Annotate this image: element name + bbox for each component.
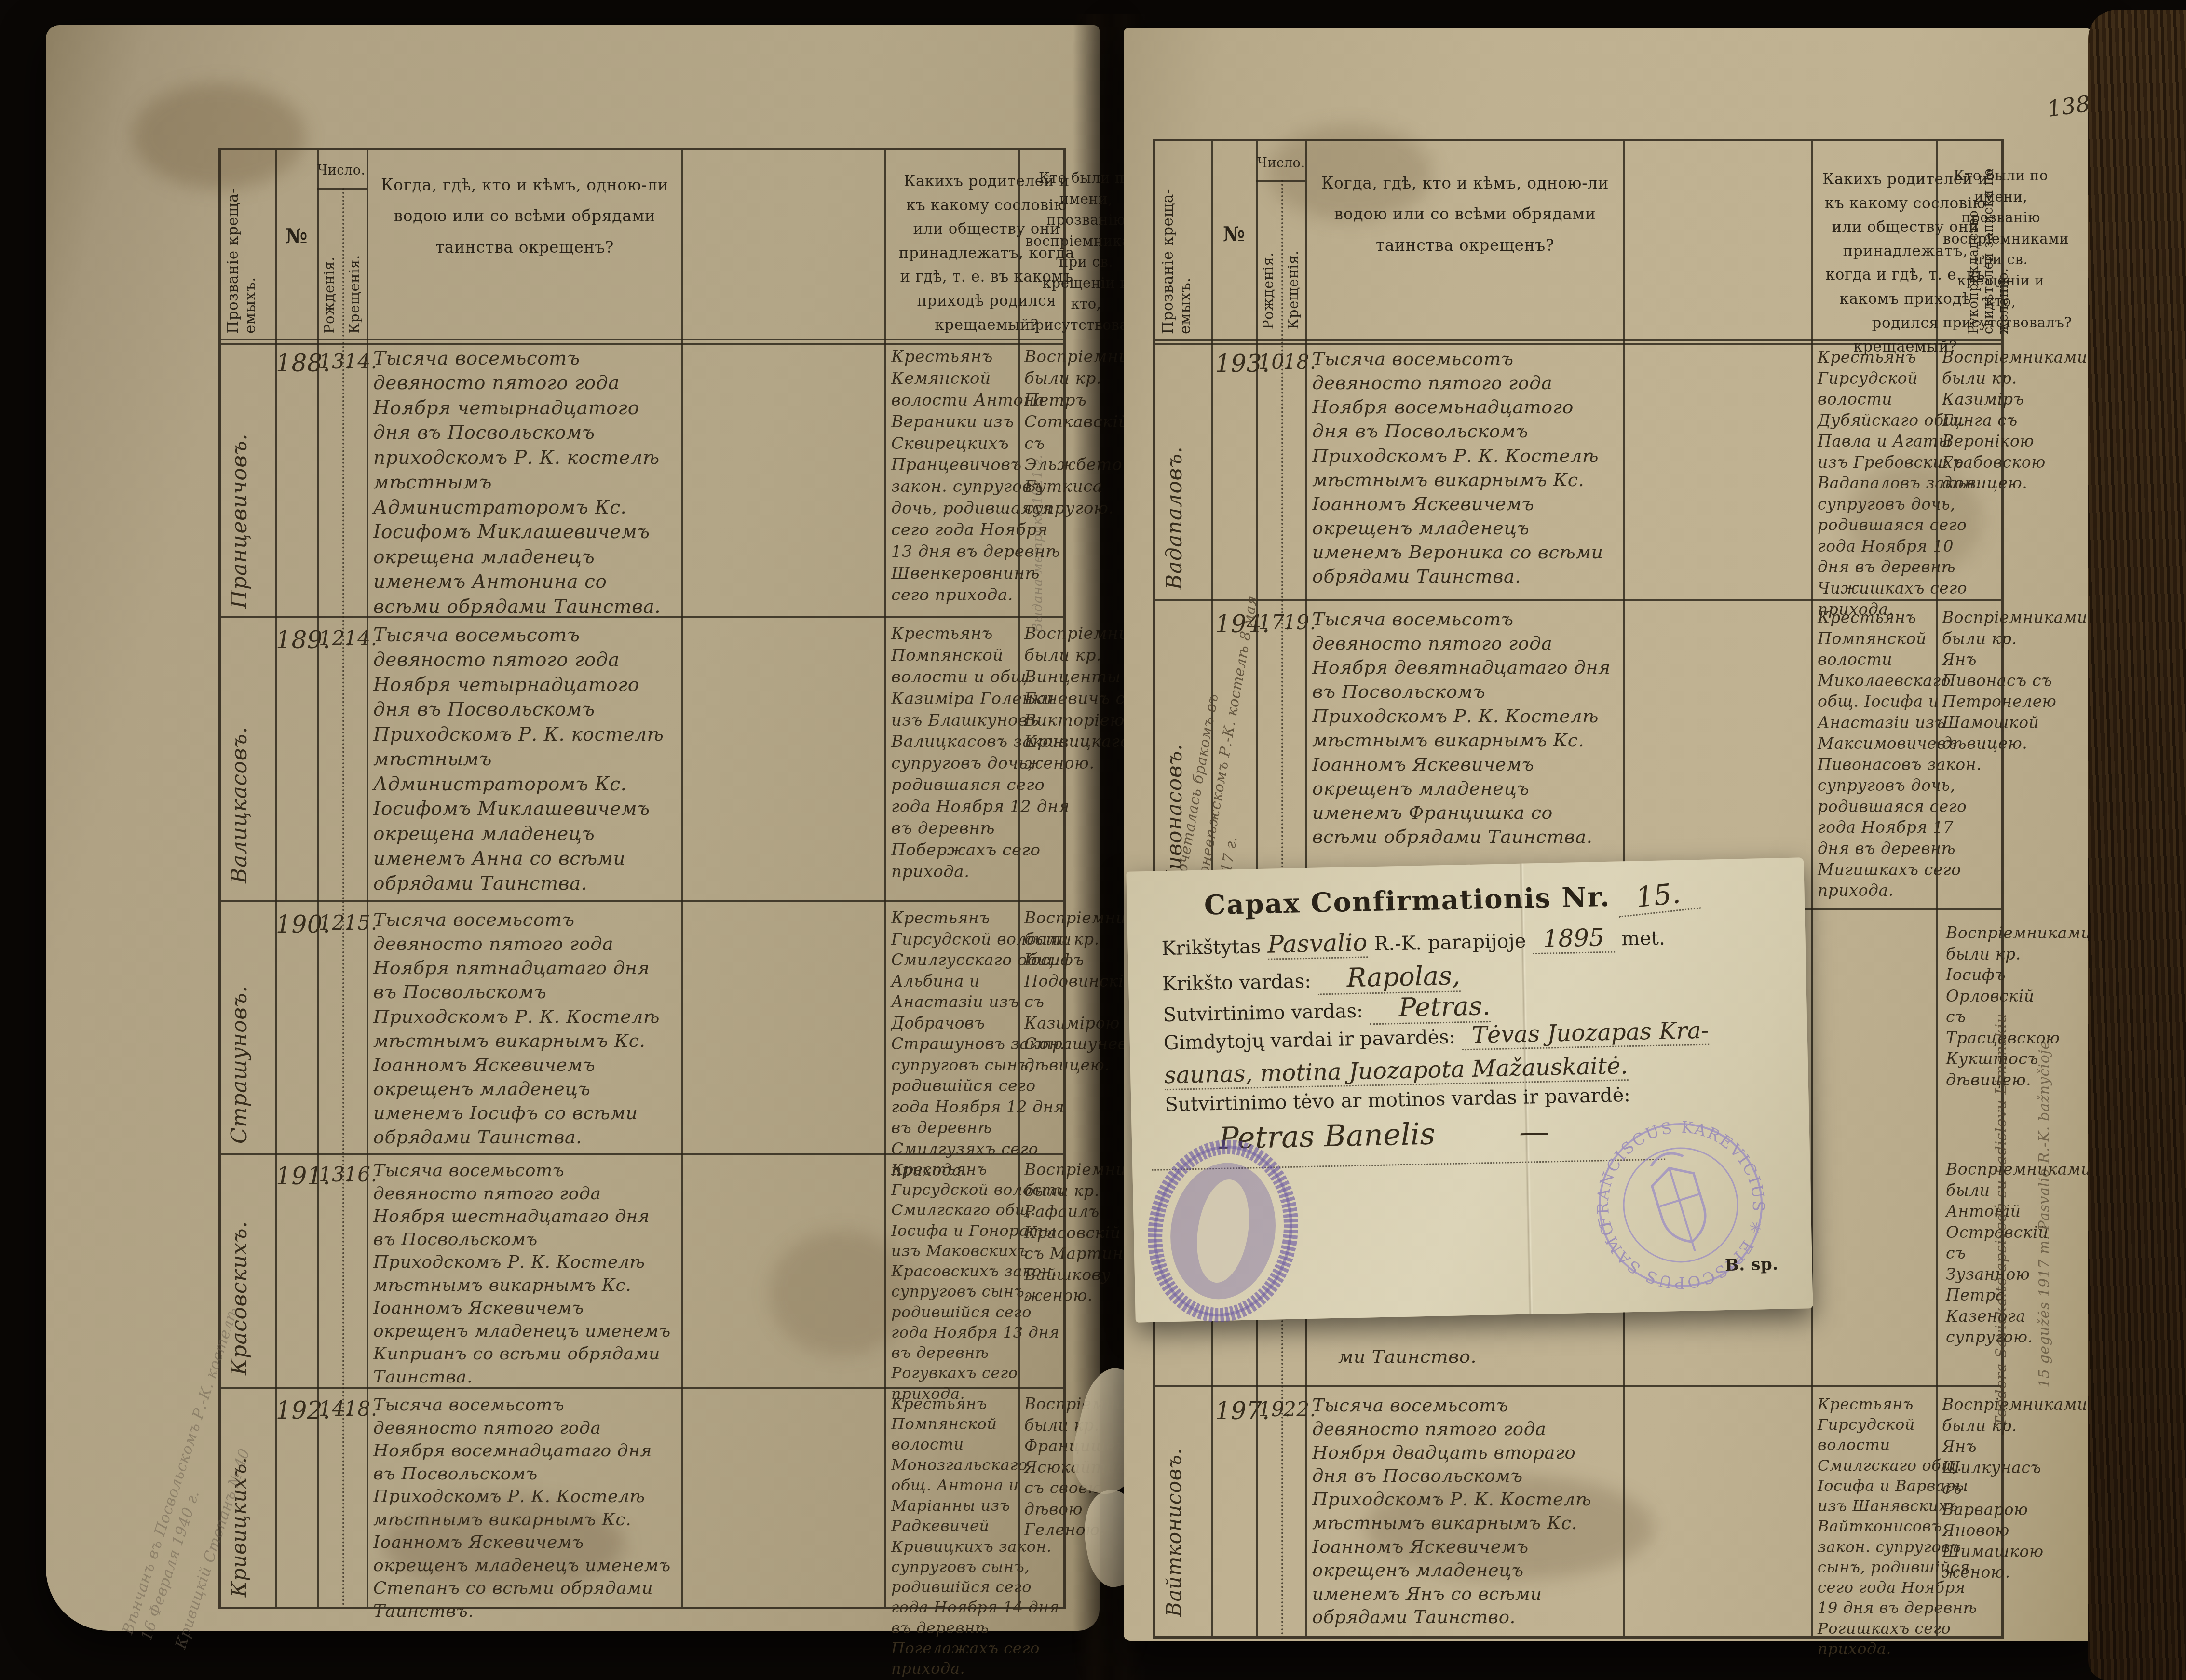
record-body: Тысяча восемьсотъ девяносто пятого года … [373, 623, 671, 896]
record-baptized: 16. [344, 1161, 366, 1188]
header-birth: Рожденія. [1259, 190, 1280, 329]
issuer-mark: B. sp. [1725, 1254, 1779, 1276]
table-rule [1155, 1385, 2001, 1387]
record-body: Тысяча восемьсотъ девяносто пятого года … [1312, 607, 1613, 849]
record-surname: Пранцевичовъ. [226, 358, 270, 609]
record-baptized: 19. [1283, 609, 1304, 636]
record-body: Тысяча восемьсотъ девяносто пятого года … [1312, 347, 1613, 589]
record-baptized: 22. [1283, 1396, 1304, 1423]
record-body-fragment: ми Таинство. [1338, 1344, 1579, 1368]
record-born: 12. [319, 909, 342, 936]
header-event: Когда, гдѣ, кто и кѣмъ, одною-ли водою и… [380, 170, 669, 263]
left-table: Прозваніе креща- емыхъ. № Число. Рождені… [218, 148, 1066, 1609]
parents-label: Gimdytojų vardai ir pavardės: [1163, 1026, 1455, 1055]
baptism-name-label: Krikšto vardas: [1162, 970, 1311, 995]
record-body: Тысяча восемьсотъ девяносто пятого года … [373, 1159, 671, 1388]
book-right-fore-edge [2088, 10, 2186, 1680]
record-no: 191. [276, 1160, 316, 1192]
confirmation-name-value: Petras. [1370, 990, 1491, 1025]
year-label: met. [1621, 927, 1665, 950]
book-photo: { "page_number": "138.", "headers": { "n… [0, 0, 2186, 1680]
record-no: 189. [276, 624, 316, 656]
year-value: 1895 [1533, 923, 1615, 955]
record-godparents: Воспріемниками были кр. Казиміръ Гинга с… [1942, 347, 2053, 494]
header-baptism: Крещенія. [1284, 190, 1304, 329]
record-born: 13. [319, 1161, 342, 1188]
confirmation-certificate: Capax Confirmationis Nr. 15. Krikštytas … [1126, 857, 1813, 1322]
record-surname: Вайтконисовъ. [1161, 1405, 1205, 1617]
right-page: 138. Прозваніе креща- емыхъ. № Число. Ро… [1124, 28, 2100, 1641]
header-baptism: Крещенія. [345, 196, 366, 334]
certificate-title: Capax Confirmationis Nr. [1204, 881, 1611, 921]
record-baptized: 14. [344, 348, 366, 375]
header-name-col: Прозваніе креща- емыхъ. [225, 160, 271, 334]
record-baptized: 14. [344, 625, 366, 651]
table-rule [221, 343, 1063, 345]
margin-annotation: Teodora Savickaitė apsivedė su Ladislovu… [1992, 742, 2011, 1426]
header-no-col: № [1214, 221, 1254, 247]
header-birth: Рожденія. [320, 196, 341, 334]
record-born: 19. [1258, 1396, 1280, 1423]
record-no: 197. [1215, 1395, 1256, 1427]
record-surname: Страшуновъ. [226, 917, 270, 1144]
certificate-number: 15. [1616, 875, 1701, 918]
table-rule [342, 188, 344, 1607]
header-date-group: Число. [1257, 155, 1304, 172]
parents-value-line1: Tėvas Juozapas Kra- [1462, 1017, 1709, 1051]
parish-value: Pasvalio [1267, 928, 1368, 960]
header-date-group: Число. [317, 162, 366, 179]
oval-ink-stamp [1133, 1129, 1318, 1334]
record-no: 192. [276, 1395, 316, 1426]
record-born: 10. [1258, 349, 1280, 375]
parish-label: R.-K. parapijoje [1374, 930, 1526, 955]
table-rule [1256, 180, 1305, 182]
header-event: Когда, гдѣ, кто и кѣмъ, одною-ли водою и… [1319, 168, 1611, 261]
header-name-col: Прозваніе креща- емыхъ. [1160, 156, 1206, 334]
pencil-note-signature-column: Выдана метрика 1921 г. [1030, 334, 1063, 633]
record-body: Тысяча восемьсотъ девяносто пятого года … [373, 1394, 671, 1623]
record-body: Тысяча восемьсотъ девяносто пятого года … [373, 908, 671, 1150]
table-rule [221, 900, 1063, 902]
header-no-col: № [278, 223, 315, 249]
record-no: 193. [1215, 348, 1256, 379]
parents-value-line2: saunas, motina Juozapota Mažauskaitė. [1164, 1052, 1629, 1090]
sponsor-signature-dash: — [1519, 1114, 1549, 1150]
record-body: Тысяча восемьсотъ девяносто пятого года … [373, 346, 671, 619]
table-rule [317, 188, 367, 190]
baptism-name-value: Rapolas, [1317, 960, 1461, 995]
baptized-label: Krikštytas [1161, 935, 1261, 960]
record-born: 13. [319, 348, 342, 375]
record-godparents: Воспріемниками были кр. Янъ Пивонасъ съ … [1942, 607, 2053, 754]
confirmation-name-label: Sutvirtinimo vardas: [1163, 1000, 1363, 1027]
record-surname: Валицкасовъ. [226, 633, 270, 883]
record-body: Тысяча восемьсотъ девяносто пятого года … [1312, 1394, 1613, 1629]
header-signatures: Рукоприкладство свидѣтелей записки по же… [1966, 151, 2008, 334]
record-baptized: 15. [344, 909, 366, 936]
table-rule [1811, 141, 1813, 1636]
record-born: 14. [319, 1395, 342, 1422]
margin-annotation: 15 gegužės 1917 m. Pasvalio R.-K. bažnyč… [2035, 761, 2054, 1388]
record-no: 188. [276, 347, 316, 379]
record-baptized: 18. [1283, 349, 1304, 375]
table-rule [221, 339, 1063, 340]
record-born: 12. [319, 625, 342, 651]
record-no: 190. [276, 908, 316, 940]
record-baptized: 18. [344, 1395, 366, 1422]
left-page: Прозваніе креща- емыхъ. № Число. Рождені… [46, 25, 1100, 1631]
record-surname: Вадапаловъ. [1161, 358, 1205, 590]
